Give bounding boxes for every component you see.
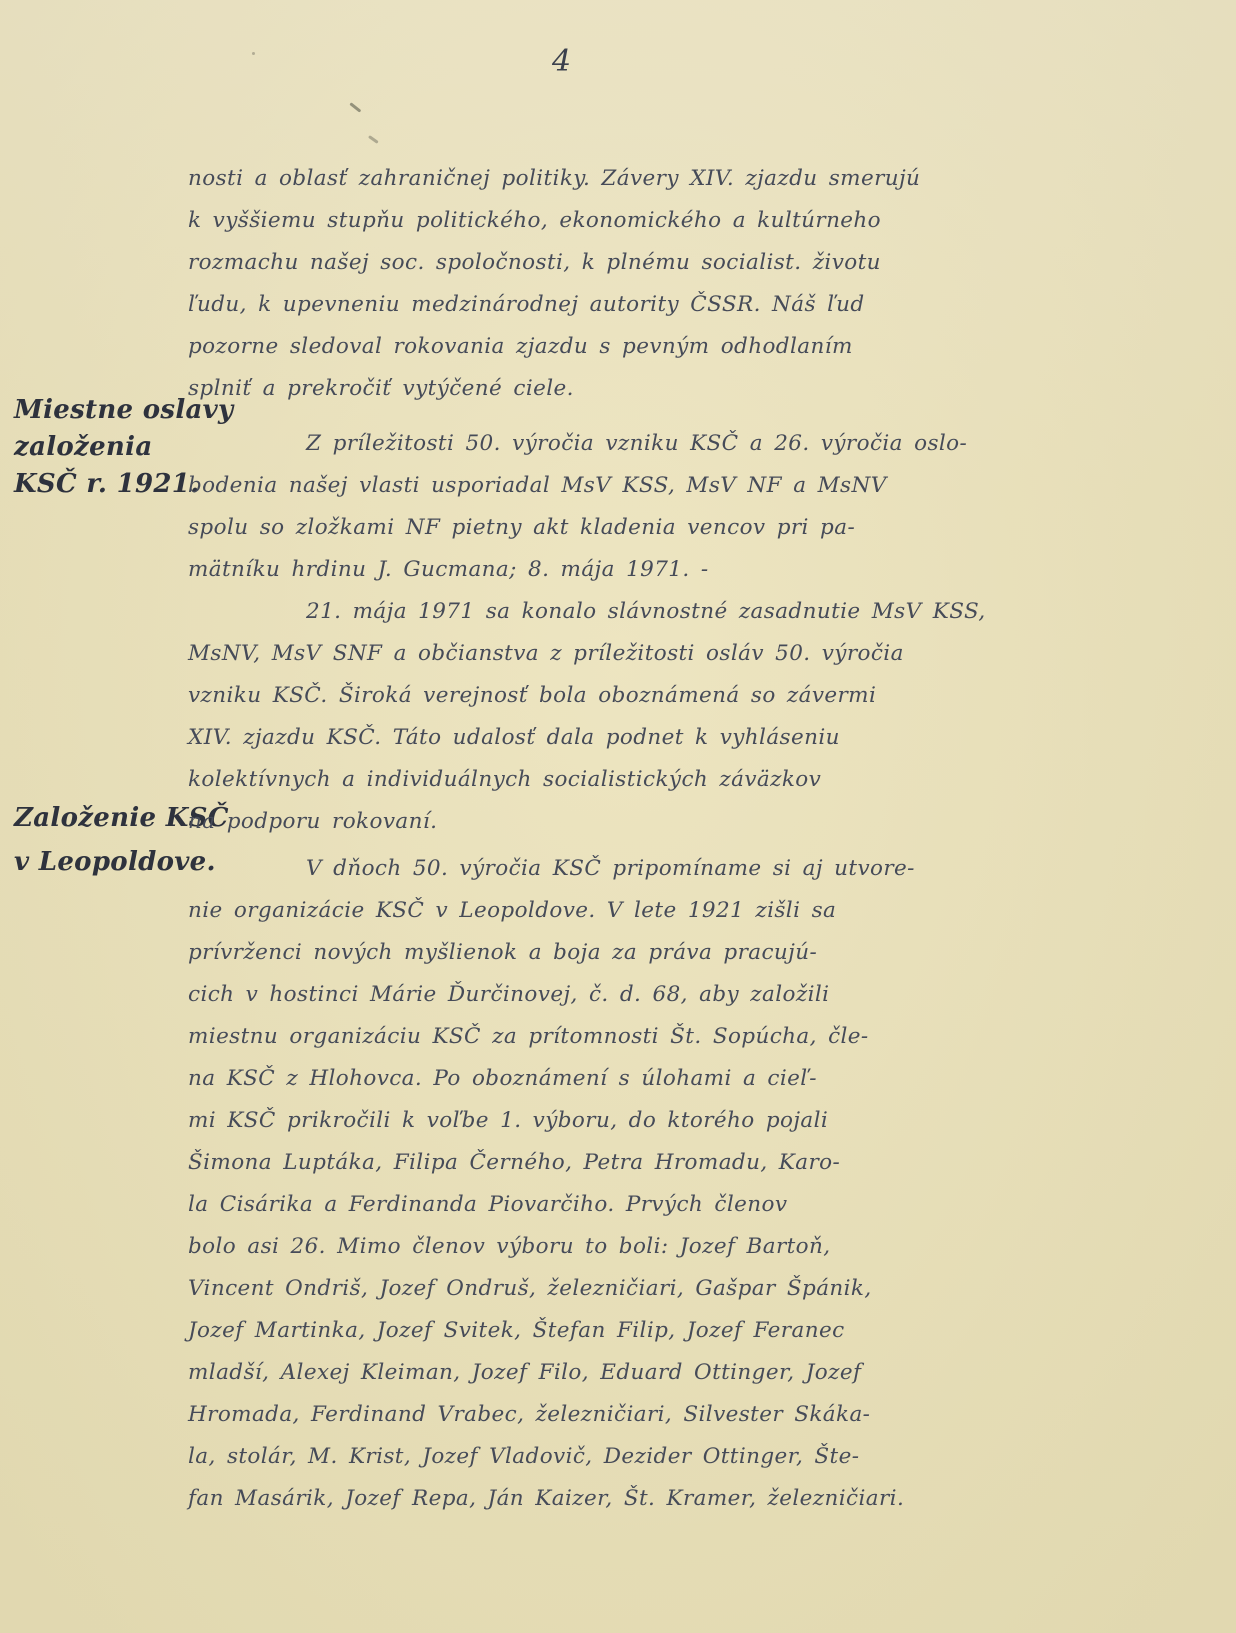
pen-tick-mark	[368, 135, 378, 143]
handwritten-line: mi KSČ prikročili k voľbe 1. výboru, do …	[188, 1100, 1136, 1142]
handwritten-line: fan Masárik, Jozef Repa, Ján Kaizer, Št.…	[188, 1478, 1136, 1520]
handwritten-line: miestnu organizáciu KSČ za prítomnosti Š…	[188, 1016, 1136, 1058]
handwritten-line: ľudu, k upevneniu medzinárodnej autority…	[188, 284, 1136, 326]
handwritten-line: nosti a oblasť zahraničnej politiky. Záv…	[188, 158, 1136, 200]
handwritten-line: cich v hostinci Márie Ďurčinovej, č. d. …	[188, 974, 1136, 1016]
handwritten-line: k vyššiemu stupňu politického, ekonomick…	[188, 200, 1136, 242]
handwritten-line: rozmachu našej soc. spoločnosti, k plném…	[188, 242, 1136, 284]
handwritten-line: Z príležitosti 50. výročia vzniku KSČ a …	[188, 423, 1136, 465]
handwritten-line: Vincent Ondriš, Jozef Ondruš, železničia…	[188, 1268, 1136, 1310]
paragraph-continuation: nosti a oblasť zahraničnej politiky. Záv…	[188, 158, 1136, 410]
paragraph-assembly: 21. mája 1971 sa konalo slávnostné zasad…	[188, 591, 1136, 843]
handwritten-line: prívrženci nových myšlienok a boja za pr…	[188, 932, 1136, 974]
handwritten-line: splniť a prekročiť vytýčené ciele.	[188, 368, 1136, 410]
handwritten-line: mladší, Alexej Kleiman, Jozef Filo, Edua…	[188, 1352, 1136, 1394]
handwritten-line: 21. mája 1971 sa konalo slávnostné zasad…	[188, 591, 1136, 633]
handwritten-line: pozorne sledoval rokovania zjazdu s pevn…	[188, 326, 1136, 368]
handwritten-line: V dňoch 50. výročia KSČ pripomíname si a…	[188, 848, 1136, 890]
paragraph-founding-leopoldov: V dňoch 50. výročia KSČ pripomíname si a…	[188, 848, 1136, 1520]
handwritten-line: na KSČ z Hlohovca. Po oboznámení s úloha…	[188, 1058, 1136, 1100]
handwritten-line: mätníku hrdinu J. Gucmana; 8. mája 1971.…	[188, 549, 1136, 591]
ink-fleck	[252, 52, 255, 55]
handwritten-line: Šimona Luptáka, Filipa Černého, Petra Hr…	[188, 1142, 1136, 1184]
handwritten-line: nie organizácie KSČ v Leopoldove. V lete…	[188, 890, 1136, 932]
handwritten-line: Jozef Martinka, Jozef Svitek, Štefan Fil…	[188, 1310, 1136, 1352]
document-page: 4 Miestne oslavy založenia KSČ r. 1921. …	[0, 0, 1236, 1633]
page-number: 4	[552, 44, 571, 79]
paragraph-celebrations: Z príležitosti 50. výročia vzniku KSČ a …	[188, 423, 1136, 591]
handwritten-line: kolektívnych a individuálnych socialisti…	[188, 759, 1136, 801]
handwritten-line: na podporu rokovaní.	[188, 801, 1136, 843]
handwritten-body: nosti a oblasť zahraničnej politiky. Záv…	[188, 158, 1136, 1520]
pen-tick-mark	[350, 102, 362, 112]
handwritten-line: XIV. zjazdu KSČ. Táto udalosť dala podne…	[188, 717, 1136, 759]
handwritten-line: MsNV, MsV SNF a občianstva z príležitost…	[188, 633, 1136, 675]
handwritten-line: la Cisárika a Ferdinanda Piovarčiho. Prv…	[188, 1184, 1136, 1226]
handwritten-line: Hromada, Ferdinand Vrabec, železničiari,…	[188, 1394, 1136, 1436]
handwritten-line: bolo asi 26. Mimo členov výboru to boli:…	[188, 1226, 1136, 1268]
handwritten-line: bodenia našej vlasti usporiadal MsV KSS,…	[188, 465, 1136, 507]
handwritten-line: spolu so zložkami NF pietny akt kladenia…	[188, 507, 1136, 549]
handwritten-line: vzniku KSČ. Široká verejnosť bola obozná…	[188, 675, 1136, 717]
handwritten-line: la, stolár, M. Krist, Jozef Vladovič, De…	[188, 1436, 1136, 1478]
